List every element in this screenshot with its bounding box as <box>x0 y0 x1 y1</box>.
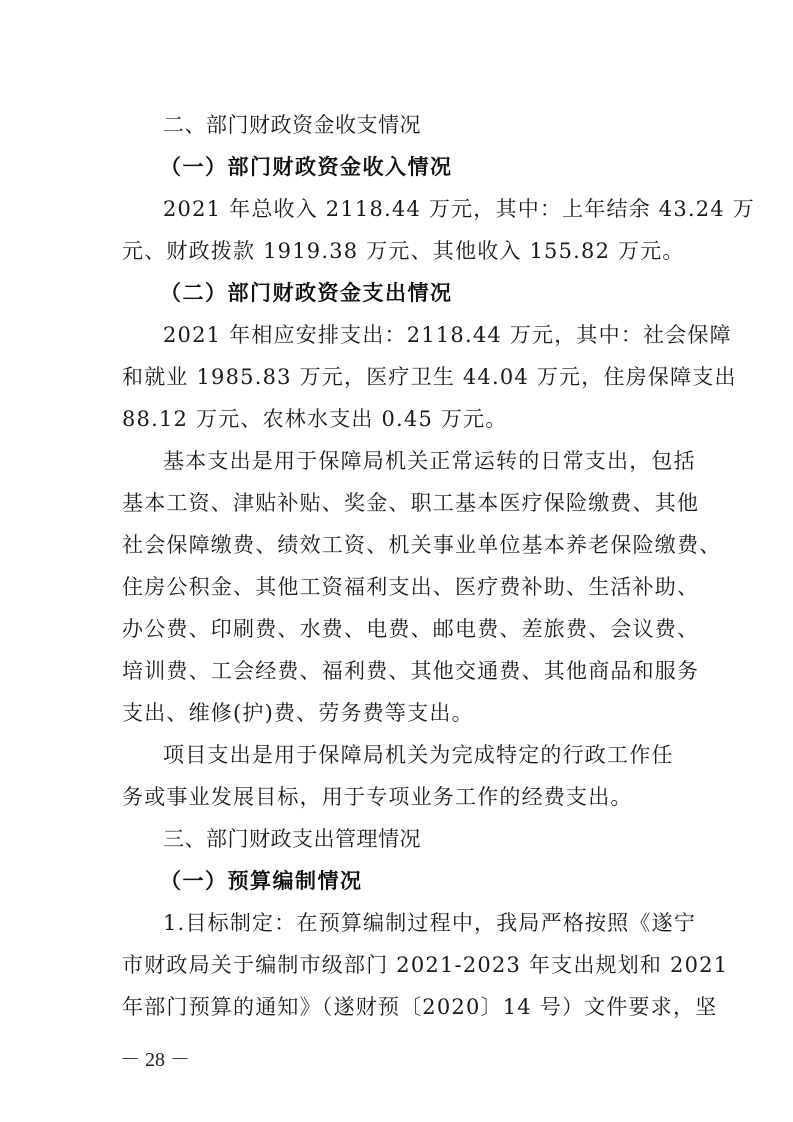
project-expense-line-1: 项目支出是用于保障局机关为完成特定的行政工作任 <box>163 742 670 768</box>
income-paragraph-line-2: 元、财政拨款 1919.38 万元、其他收入 155.82 万元。 <box>122 238 670 264</box>
document-page: 二、部门财政资金收支情况 （一）部门财政资金收入情况 2021 年总收入 211… <box>0 0 793 1122</box>
project-expense-line-2: 务或事业发展目标，用于专项业务工作的经费支出。 <box>122 784 670 810</box>
expense-paragraph-line-1: 2021 年相应安排支出：2118.44 万元，其中：社会保障 <box>163 322 670 348</box>
budget-paragraph-line-1: 1.目标制定：在预算编制过程中，我局严格按照《遂宁 <box>163 910 670 936</box>
basic-expense-line-6: 培训费、工会经费、福利费、其他交通费、其他商品和服务 <box>122 658 670 684</box>
basic-expense-line-7: 支出、维修(护)费、劳务费等支出。 <box>122 700 670 726</box>
budget-paragraph-line-2: 市财政局关于编制市级部门 2021-2023 年支出规划和 2021 <box>122 952 670 978</box>
expense-paragraph-line-3: 88.12 万元、农林水支出 0.45 万元。 <box>122 406 670 432</box>
basic-expense-line-4: 住房公积金、其他工资福利支出、医疗费补助、生活补助、 <box>122 574 670 600</box>
subsection-heading-3-1: （一）预算编制情况 <box>160 868 363 894</box>
basic-expense-line-1: 基本支出是用于保障局机关正常运转的日常支出，包括 <box>163 448 670 474</box>
income-paragraph-line-1: 2021 年总收入 2118.44 万元，其中：上年结余 43.24 万 <box>163 196 670 222</box>
budget-paragraph-line-3: 年部门预算的通知》（遂财预〔2020〕14 号）文件要求，坚 <box>122 994 670 1020</box>
section-heading-3: 三、部门财政支出管理情况 <box>163 826 421 852</box>
expense-paragraph-line-2: 和就业 1985.83 万元，医疗卫生 44.04 万元，住房保障支出 <box>122 364 670 390</box>
page-number: － 28 － <box>120 1043 190 1072</box>
section-heading-2: 二、部门财政资金收支情况 <box>163 112 421 138</box>
basic-expense-line-3: 社会保障缴费、绩效工资、机关事业单位基本养老保险缴费、 <box>122 532 670 558</box>
subsection-heading-2-1: （一）部门财政资金收入情况 <box>160 154 453 180</box>
basic-expense-line-5: 办公费、印刷费、水费、电费、邮电费、差旅费、会议费、 <box>122 616 670 642</box>
basic-expense-line-2: 基本工资、津贴补贴、奖金、职工基本医疗保险缴费、其他 <box>122 490 670 516</box>
subsection-heading-2-2: （二）部门财政资金支出情况 <box>160 280 453 306</box>
